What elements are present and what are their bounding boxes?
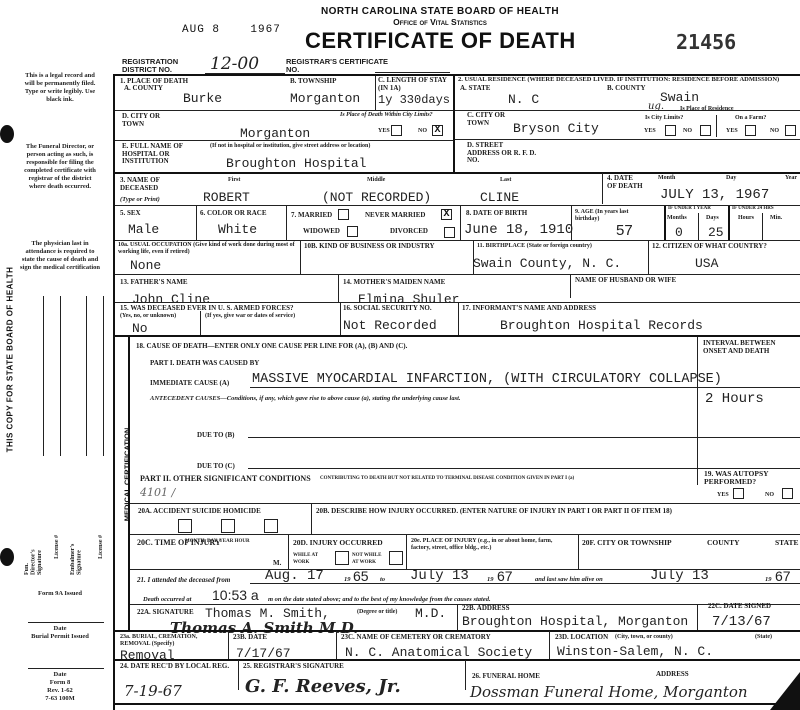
rule xyxy=(115,140,453,141)
date-received-value: 7-19-67 xyxy=(124,682,182,700)
location-hint: (City, town, or county) xyxy=(615,634,673,641)
burial-label: 23a. BURIAL, CREMATION, REMOVAL (Specify… xyxy=(120,634,215,647)
days-value: 25 xyxy=(708,225,724,240)
occupation-label: 10a. USUAL OCCUPATION (Give kind of work… xyxy=(118,242,300,255)
minutes-label: Min. xyxy=(770,215,782,222)
hospital-value: Broughton Hospital xyxy=(226,156,366,171)
yes-label: YES xyxy=(644,128,656,135)
informant-value: Broughton Hospital Records xyxy=(500,318,703,333)
length-of-stay-value: 1y 330days xyxy=(378,93,450,107)
residence-city-limits-yes-checkbox[interactable] xyxy=(665,125,676,136)
accident-checkbox[interactable] xyxy=(178,519,192,533)
location-label: 23d. LOCATION xyxy=(555,634,608,642)
funeral-address-label: ADDRESS xyxy=(656,671,689,679)
autopsy-label: 19. WAS AUTOPSY PERFORMED? xyxy=(704,470,794,485)
city-limits-label: Is City Limits? xyxy=(645,115,683,122)
divider xyxy=(406,535,407,569)
part2-hint: CONTRIBUTING TO DEATH BUT NOT RELATED TO… xyxy=(320,476,695,483)
margin-rule xyxy=(28,622,104,623)
hours-label: Hours xyxy=(738,215,754,222)
divider xyxy=(762,213,763,240)
city-label: d. CITY OR TOWN xyxy=(122,113,162,128)
divider xyxy=(228,631,229,659)
ssn-label: 16. SOCIAL SECURITY NO. xyxy=(343,305,432,313)
rule xyxy=(250,387,800,388)
residence-county-value: Swain xyxy=(660,90,699,105)
rule xyxy=(130,503,800,504)
street-address-label: d. STREET ADDRESS or R. F. D. NO. xyxy=(467,142,537,165)
margin-col-embalmer-sig: Embalmer's Signature xyxy=(70,535,100,575)
attended-from-value: Aug. 17 xyxy=(265,568,324,584)
not-while-at-work-label: NOT WHILE AT WORK xyxy=(352,553,386,566)
residence-city-value: Bryson City xyxy=(513,121,599,136)
date-of-birth-value: June 18, 1910 xyxy=(464,222,573,238)
part1-label: PART I. DEATH WAS CAUSED BY xyxy=(150,360,259,368)
registration-district-value: 12-00 xyxy=(210,54,259,74)
autopsy-yes-checkbox[interactable] xyxy=(733,488,744,499)
physician-address-label: 22b. ADDRESS xyxy=(462,605,509,613)
physician-address-value: Broughton Hospital, Morganton xyxy=(462,614,688,629)
funeral-home-value: Dossman Funeral Home, Morganton xyxy=(470,683,748,701)
divider xyxy=(460,206,461,240)
occupation-value: None xyxy=(130,258,161,273)
divider xyxy=(602,173,603,204)
registrar-signature: G. F. Reeves, Jr. xyxy=(245,676,401,697)
divider xyxy=(457,605,458,630)
no-label: NO xyxy=(418,128,427,135)
rule xyxy=(455,110,800,111)
attended-from-year: 65 xyxy=(353,568,369,584)
farm-no-checkbox[interactable] xyxy=(785,125,796,136)
year-prefix: 19 xyxy=(765,576,772,583)
married-label: 7. MARRIED xyxy=(291,212,332,220)
residence-city-label: c. CITY OR TOWN xyxy=(467,112,507,127)
rule xyxy=(115,110,453,111)
time-of-injury-hint: MONTH, DAY, YEAR HOUR xyxy=(185,539,250,546)
months-value: 0 xyxy=(675,225,683,240)
within-city-no-checkbox[interactable]: X xyxy=(432,125,443,136)
divorced-checkbox[interactable] xyxy=(444,227,455,238)
year-prefix: 19 xyxy=(487,576,494,583)
certificate-number: 21456 xyxy=(676,30,736,54)
section-rule xyxy=(113,703,800,705)
divider xyxy=(578,535,579,569)
divider xyxy=(728,206,730,240)
interval-value: 2 Hours xyxy=(705,391,764,407)
describe-injury-label: 20b. DESCRIBE HOW INJURY OCCURRED. (Ente… xyxy=(316,508,672,516)
first-label: First xyxy=(228,177,240,184)
citizen-value: USA xyxy=(695,256,718,271)
date-signed-label: 22c. DATE SIGNED xyxy=(708,603,771,611)
divider xyxy=(465,660,466,690)
copy-for-state-vertical-text: THIS COPY FOR STATE BOARD OF HEALTH xyxy=(6,260,15,460)
divider xyxy=(300,241,301,274)
divider xyxy=(336,631,337,659)
county-label: a. COUNTY xyxy=(124,85,163,93)
divider xyxy=(664,206,666,240)
degree-label: (Degree or title) xyxy=(357,609,397,616)
location-value: Winston-Salem, N. C. xyxy=(557,644,713,659)
year-label: Year xyxy=(785,175,797,182)
divider xyxy=(549,631,550,659)
injury-state-label: STATE xyxy=(775,539,798,547)
yes-label: YES xyxy=(717,492,729,499)
death-township-value: Morganton xyxy=(290,91,360,106)
no-label: NO xyxy=(765,492,774,499)
agency-name: NORTH CAROLINA STATE BOARD OF HEALTH xyxy=(310,6,570,17)
divider xyxy=(196,206,197,240)
margin-col-license-2: License # xyxy=(98,535,110,559)
antecedent-causes-label: ANTECEDENT CAUSES—Conditions, if any, wh… xyxy=(150,395,695,402)
while-at-work-label: WHILE AT WORK xyxy=(293,553,323,566)
months-label: Months xyxy=(667,215,687,222)
punch-hole xyxy=(0,125,14,143)
form-print-info: 7-63 100M xyxy=(20,695,100,703)
divider xyxy=(311,504,312,534)
sex-label: 5. SEX xyxy=(120,210,141,218)
ssn-value: Not Recorded xyxy=(343,318,437,333)
autopsy-no-checkbox[interactable] xyxy=(782,488,793,499)
document-title: CERTIFICATE OF DEATH xyxy=(305,28,576,54)
form-number: Form 8 xyxy=(20,679,100,687)
never-married-label: NEVER MARRIED xyxy=(365,212,425,220)
death-city-value: Morganton xyxy=(240,126,310,141)
injury-county-label: COUNTY xyxy=(707,539,740,547)
under-24-hours-label: IF UNDER 24 HRS xyxy=(732,206,774,213)
mother-maiden-name-label: 14. MOTHER'S MAIDEN NAME xyxy=(343,279,445,287)
handwritten-annotation: ug. xyxy=(648,101,664,112)
township-label: b. TOWNSHIP xyxy=(290,78,336,86)
date-of-birth-label: 8. DATE OF BIRTH xyxy=(466,210,527,218)
funeral-director-note: The Funeral Director, or person acting a… xyxy=(20,143,100,191)
deceased-name-label: 3. NAME OF DECEASED xyxy=(120,177,170,192)
last-saw-label: and last saw him alive on xyxy=(535,576,603,583)
location-state-label: (State) xyxy=(755,634,772,641)
punch-hole xyxy=(0,548,14,566)
suicide-checkbox[interactable] xyxy=(221,519,235,533)
death-county-value: Burke xyxy=(183,91,222,106)
birthplace-label: 11. BIRTHPLACE (State or foreign country… xyxy=(477,243,592,250)
birthplace-value: Swain County, N. C. xyxy=(473,256,621,271)
section-rule xyxy=(113,630,800,632)
armed-forces-dates-hint: (If yes, give war or dates of service) xyxy=(205,313,295,320)
margin-date-label-2: Date xyxy=(20,671,100,679)
divider xyxy=(716,115,717,137)
farm-yes-checkbox[interactable] xyxy=(745,125,756,136)
city-township-label: 20f. CITY OR TOWNSHIP xyxy=(582,539,672,547)
day-label: Day xyxy=(726,175,736,182)
due-to-c-label: DUE TO (c) xyxy=(197,463,235,471)
date-of-death-value: JULY 13, 1967 xyxy=(660,187,769,203)
funeral-home-label: 26. FUNERAL HOME xyxy=(472,673,540,681)
form-revision: Rev. 1-62 xyxy=(20,687,100,695)
days-label: Days xyxy=(706,215,719,222)
divider xyxy=(200,311,201,335)
divider xyxy=(648,241,649,274)
homicide-checkbox[interactable] xyxy=(264,519,278,533)
divider xyxy=(238,660,239,690)
m-label: M. xyxy=(273,560,281,568)
widowed-label: WIDOWED xyxy=(303,228,340,236)
attended-from-label: 21. I attended the deceased from xyxy=(137,576,230,584)
divider xyxy=(570,275,571,298)
informant-label: 17. INFORMANT'S NAME AND ADDRESS xyxy=(462,305,596,313)
interval-label: INTERVAL BETWEEN ONSET AND DEATH xyxy=(703,340,798,355)
section-rule xyxy=(113,172,800,174)
registrar-signature-label: 25. REGISTRAR'S SIGNATURE xyxy=(243,663,344,671)
race-value: White xyxy=(218,222,257,237)
business-label: 10b. KIND OF BUSINESS OR INDUSTRY xyxy=(304,243,435,251)
to-label: to xyxy=(380,576,385,583)
signature-label: 22a. SIGNATURE xyxy=(137,609,194,617)
divider xyxy=(340,303,341,335)
margin-column-line xyxy=(103,296,104,456)
divider xyxy=(458,303,459,335)
residence-city-limits-no-checkbox[interactable] xyxy=(700,125,711,136)
no-label: NO xyxy=(770,128,779,135)
sex-value: Male xyxy=(128,222,159,237)
due-to-b-label: DUE TO (b) xyxy=(197,432,234,440)
state-label: a. STATE xyxy=(460,85,490,93)
yes-label: YES xyxy=(726,128,738,135)
month-label: Month xyxy=(658,175,675,182)
death-time-value: 10:53 a xyxy=(212,587,259,603)
divider xyxy=(288,535,289,569)
margin-column-line xyxy=(60,296,61,456)
residence-county-label: b. COUNTY xyxy=(607,85,646,93)
divider xyxy=(375,76,376,110)
stamp-date: AUG 8 xyxy=(182,24,220,36)
margin-column-line xyxy=(86,296,87,456)
last-label: Last xyxy=(500,177,511,184)
rule xyxy=(115,274,800,275)
length-of-stay-label: c. LENGTH OF STAY (in 1a) xyxy=(378,77,448,92)
divider xyxy=(571,206,572,240)
cemetery-value: N. C. Anatomical Society xyxy=(345,645,532,660)
within-city-yes-checkbox[interactable] xyxy=(391,125,402,136)
burial-date-label: 23b. DATE xyxy=(233,634,267,642)
age-value: 57 xyxy=(616,222,633,239)
spouse-name-label: NAME OF HUSBAND OR WIFE xyxy=(575,277,676,285)
immediate-cause-label: IMMEDIATE CAUSE (a) xyxy=(150,380,229,388)
divider xyxy=(698,213,699,240)
father-name-label: 13. FATHER'S NAME xyxy=(120,279,188,287)
age-label: 9. AGE (In years last birthday) xyxy=(575,209,633,222)
legal-note: This is a legal record and will be perma… xyxy=(20,72,100,104)
part2-scribble: 4101 / xyxy=(140,486,175,499)
under-1-year-label: IF UNDER 1 YEAR xyxy=(668,206,711,213)
medical-certification-side-label: MEDICAL CERTIFICATION xyxy=(123,410,132,540)
margin-column-line xyxy=(43,296,44,456)
immediate-cause-value: MASSIVE MYOCARDIAL INFARCTION, (WITH CIR… xyxy=(252,372,722,387)
injury-occurred-label: 20d. INJURY OCCURRED xyxy=(293,539,383,547)
date-received-label: 24. DATE REC'D BY LOCAL REG. xyxy=(120,663,230,671)
margin-rule xyxy=(28,668,104,669)
margin-col-funeral-director-sig: Fun. Director's Signature xyxy=(24,545,54,575)
cemetery-label: 23c. NAME OF CEMETERY OR CREMATORY xyxy=(341,634,491,642)
registrar-cert-label: REGISTRAR'S CERTIFICATE NO. xyxy=(286,58,396,73)
rule xyxy=(455,139,800,140)
divorced-label: DIVORCED xyxy=(390,228,428,236)
divider xyxy=(697,605,698,630)
while-at-work-checkbox[interactable] xyxy=(335,551,349,565)
rule xyxy=(248,437,800,438)
hospital-hint: (If not in hospital or institution, give… xyxy=(210,143,450,150)
armed-forces-hint: (Yes, no, or unknown) xyxy=(120,313,176,320)
on-farm-label: On a Farm? xyxy=(735,115,766,122)
registration-district-label: REGISTRATION DISTRICT NO. xyxy=(122,58,202,73)
margin-col-license: License # xyxy=(54,535,66,559)
first-name-value: ROBERT xyxy=(203,190,250,205)
rule xyxy=(130,534,800,535)
degree-value: M.D. xyxy=(415,606,446,621)
stamp-year: 1967 xyxy=(250,24,280,36)
race-label: 6. COLOR OR RACE xyxy=(200,210,267,218)
usual-residence-label: 2. USUAL RESIDENCE (Where deceased lived… xyxy=(458,76,798,84)
divider xyxy=(697,337,698,485)
attended-to-year: 67 xyxy=(497,568,513,584)
citizen-label: 12. CITIZEN OF WHAT COUNTRY? xyxy=(652,243,767,251)
divider xyxy=(286,206,287,240)
last-saw-year: 67 xyxy=(775,568,791,584)
physician-note: The physician last in attendance is requ… xyxy=(20,240,100,272)
section-rule xyxy=(113,659,800,661)
within-city-label: Is Place of Death Within City Limits? xyxy=(340,112,450,119)
cause-of-death-label: 18. CAUSE OF DEATH—ENTER ONLY ONE CAUSE … xyxy=(136,343,407,351)
yes-label: YES xyxy=(378,128,390,135)
date-of-death-label: 4. DATE OF DEATH xyxy=(607,175,643,190)
attended-to-value: July 13 xyxy=(410,568,469,584)
middle-name-value: (NOT RECORDED) xyxy=(322,190,431,205)
death-occurred-label: Death occurred at xyxy=(143,596,191,603)
last-name-value: CLINE xyxy=(480,190,519,205)
divider xyxy=(453,74,455,172)
married-checkbox[interactable] xyxy=(338,209,349,220)
office-name: Office of Vital Statistics xyxy=(310,17,570,27)
burial-permit-issued: Burial Permit Issued xyxy=(20,633,100,641)
date-signed-value: 7/13/67 xyxy=(712,614,771,630)
divider xyxy=(338,275,339,302)
armed-forces-value: No xyxy=(132,321,148,336)
death-occurred-rest: m on the date stated above; and to the b… xyxy=(268,596,491,603)
accident-suicide-homicide-label: 20a. ACCIDENT SUICIDE HOMICIDE xyxy=(138,508,261,516)
hospital-label: e. FULL NAME OF HOSPITAL OR INSTITUTION xyxy=(122,143,184,166)
corner-fold xyxy=(770,672,800,710)
widowed-checkbox[interactable] xyxy=(347,226,358,237)
part2-label: PART II. OTHER SIGNIFICANT CONDITIONS xyxy=(140,475,311,483)
rule xyxy=(250,583,800,584)
form-9a-issued: Form 9A Issued xyxy=(20,590,100,598)
middle-label: Middle xyxy=(367,177,385,184)
rule xyxy=(115,240,800,241)
place-of-residence-label: Is Place of Residence xyxy=(680,106,734,113)
received-stamp: AUG 8 1967 xyxy=(182,24,281,36)
residence-state-value: N. C xyxy=(508,92,539,107)
type-or-print-hint: (Type or Print) xyxy=(120,196,160,203)
not-while-at-work-checkbox[interactable] xyxy=(389,551,403,565)
place-of-injury-label: 20e. PLACE OF INJURY (e.g., in or about … xyxy=(411,538,571,551)
no-label: NO xyxy=(683,128,692,135)
year-prefix: 19 xyxy=(344,576,351,583)
last-saw-value: July 13 xyxy=(650,568,709,584)
margin-date-label: Date xyxy=(20,625,100,633)
armed-forces-label: 15. WAS DECEASED EVER IN U. S. ARMED FOR… xyxy=(120,305,340,313)
never-married-checkbox[interactable]: X xyxy=(441,209,452,220)
rule xyxy=(375,72,450,73)
